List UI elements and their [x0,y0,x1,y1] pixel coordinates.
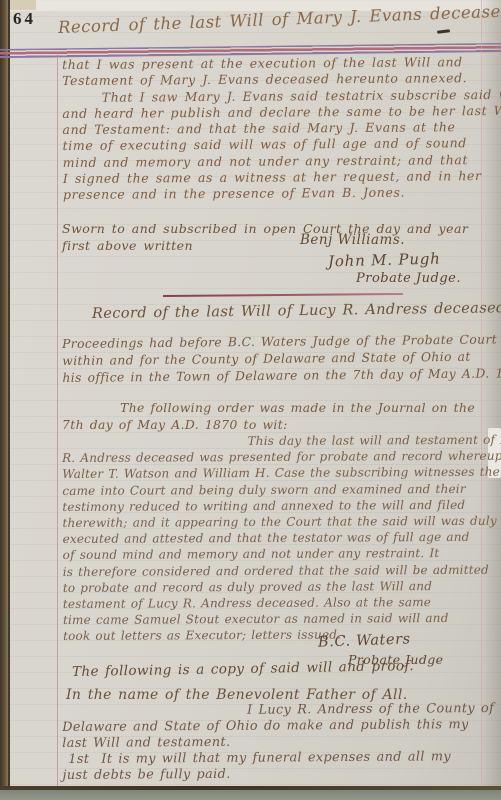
evans-witness-statement: that I was present at the execution of t… [62,54,497,204]
witness-signature: Benj Williams. [300,232,405,248]
binding-line [8,0,10,790]
judge-signature-pugh: John M. Pugh [328,250,441,271]
manuscript-line: took out letters as Executor; letters is… [63,626,501,645]
manuscript-line: just debts be fully paid. [62,765,494,784]
manuscript-line: Delaware and State of Ohio do make and p… [62,717,494,736]
book-spine-edge [0,0,8,790]
andress-proceedings: Proceedings had before B.C. Waters Judge… [62,331,501,387]
manuscript-line: Sworn to and subscribed in open Court th… [62,220,468,237]
ledger-page-photo: 64 Record of the last Will of Mary J. Ev… [0,0,501,800]
evans-attestation: Sworn to and subscribed in open Court th… [62,220,468,254]
will-text: I Lucy R. Andress of the County ofDelawa… [62,701,495,784]
manuscript-line: time came Samuel Stout executor as named… [63,610,501,629]
left-margin-line [57,53,58,788]
judge-title-pugh: Probate Judge. [356,271,461,286]
judge-signature-waters: B.C. Waters [318,631,411,650]
page-number: 64 [13,9,36,29]
manuscript-line: came into Court and being duly sworn and… [62,480,501,499]
manuscript-line: Walter T. Watson and William H. Case the… [62,464,501,483]
manuscript-line: The following order was made in the Jour… [62,400,475,417]
manuscript-line: of sound mind and memory and not under a… [63,545,501,564]
manuscript-line: is therefore considered and ordered that… [63,561,501,580]
manuscript-line: presence and in the presence of Evan B. … [63,184,497,203]
andress-court-order: This day the last will and testament of … [62,432,501,645]
manuscript-line: 1st It is my will that my funeral expens… [62,749,494,768]
table-surface [0,790,501,800]
andress-order-intro: The following order was made in the Jour… [62,400,475,433]
manuscript-line: 7th day of May A.D. 1870 to wit: [62,417,475,434]
will-invocation: In the name of the Benevolent Father of … [66,687,408,703]
